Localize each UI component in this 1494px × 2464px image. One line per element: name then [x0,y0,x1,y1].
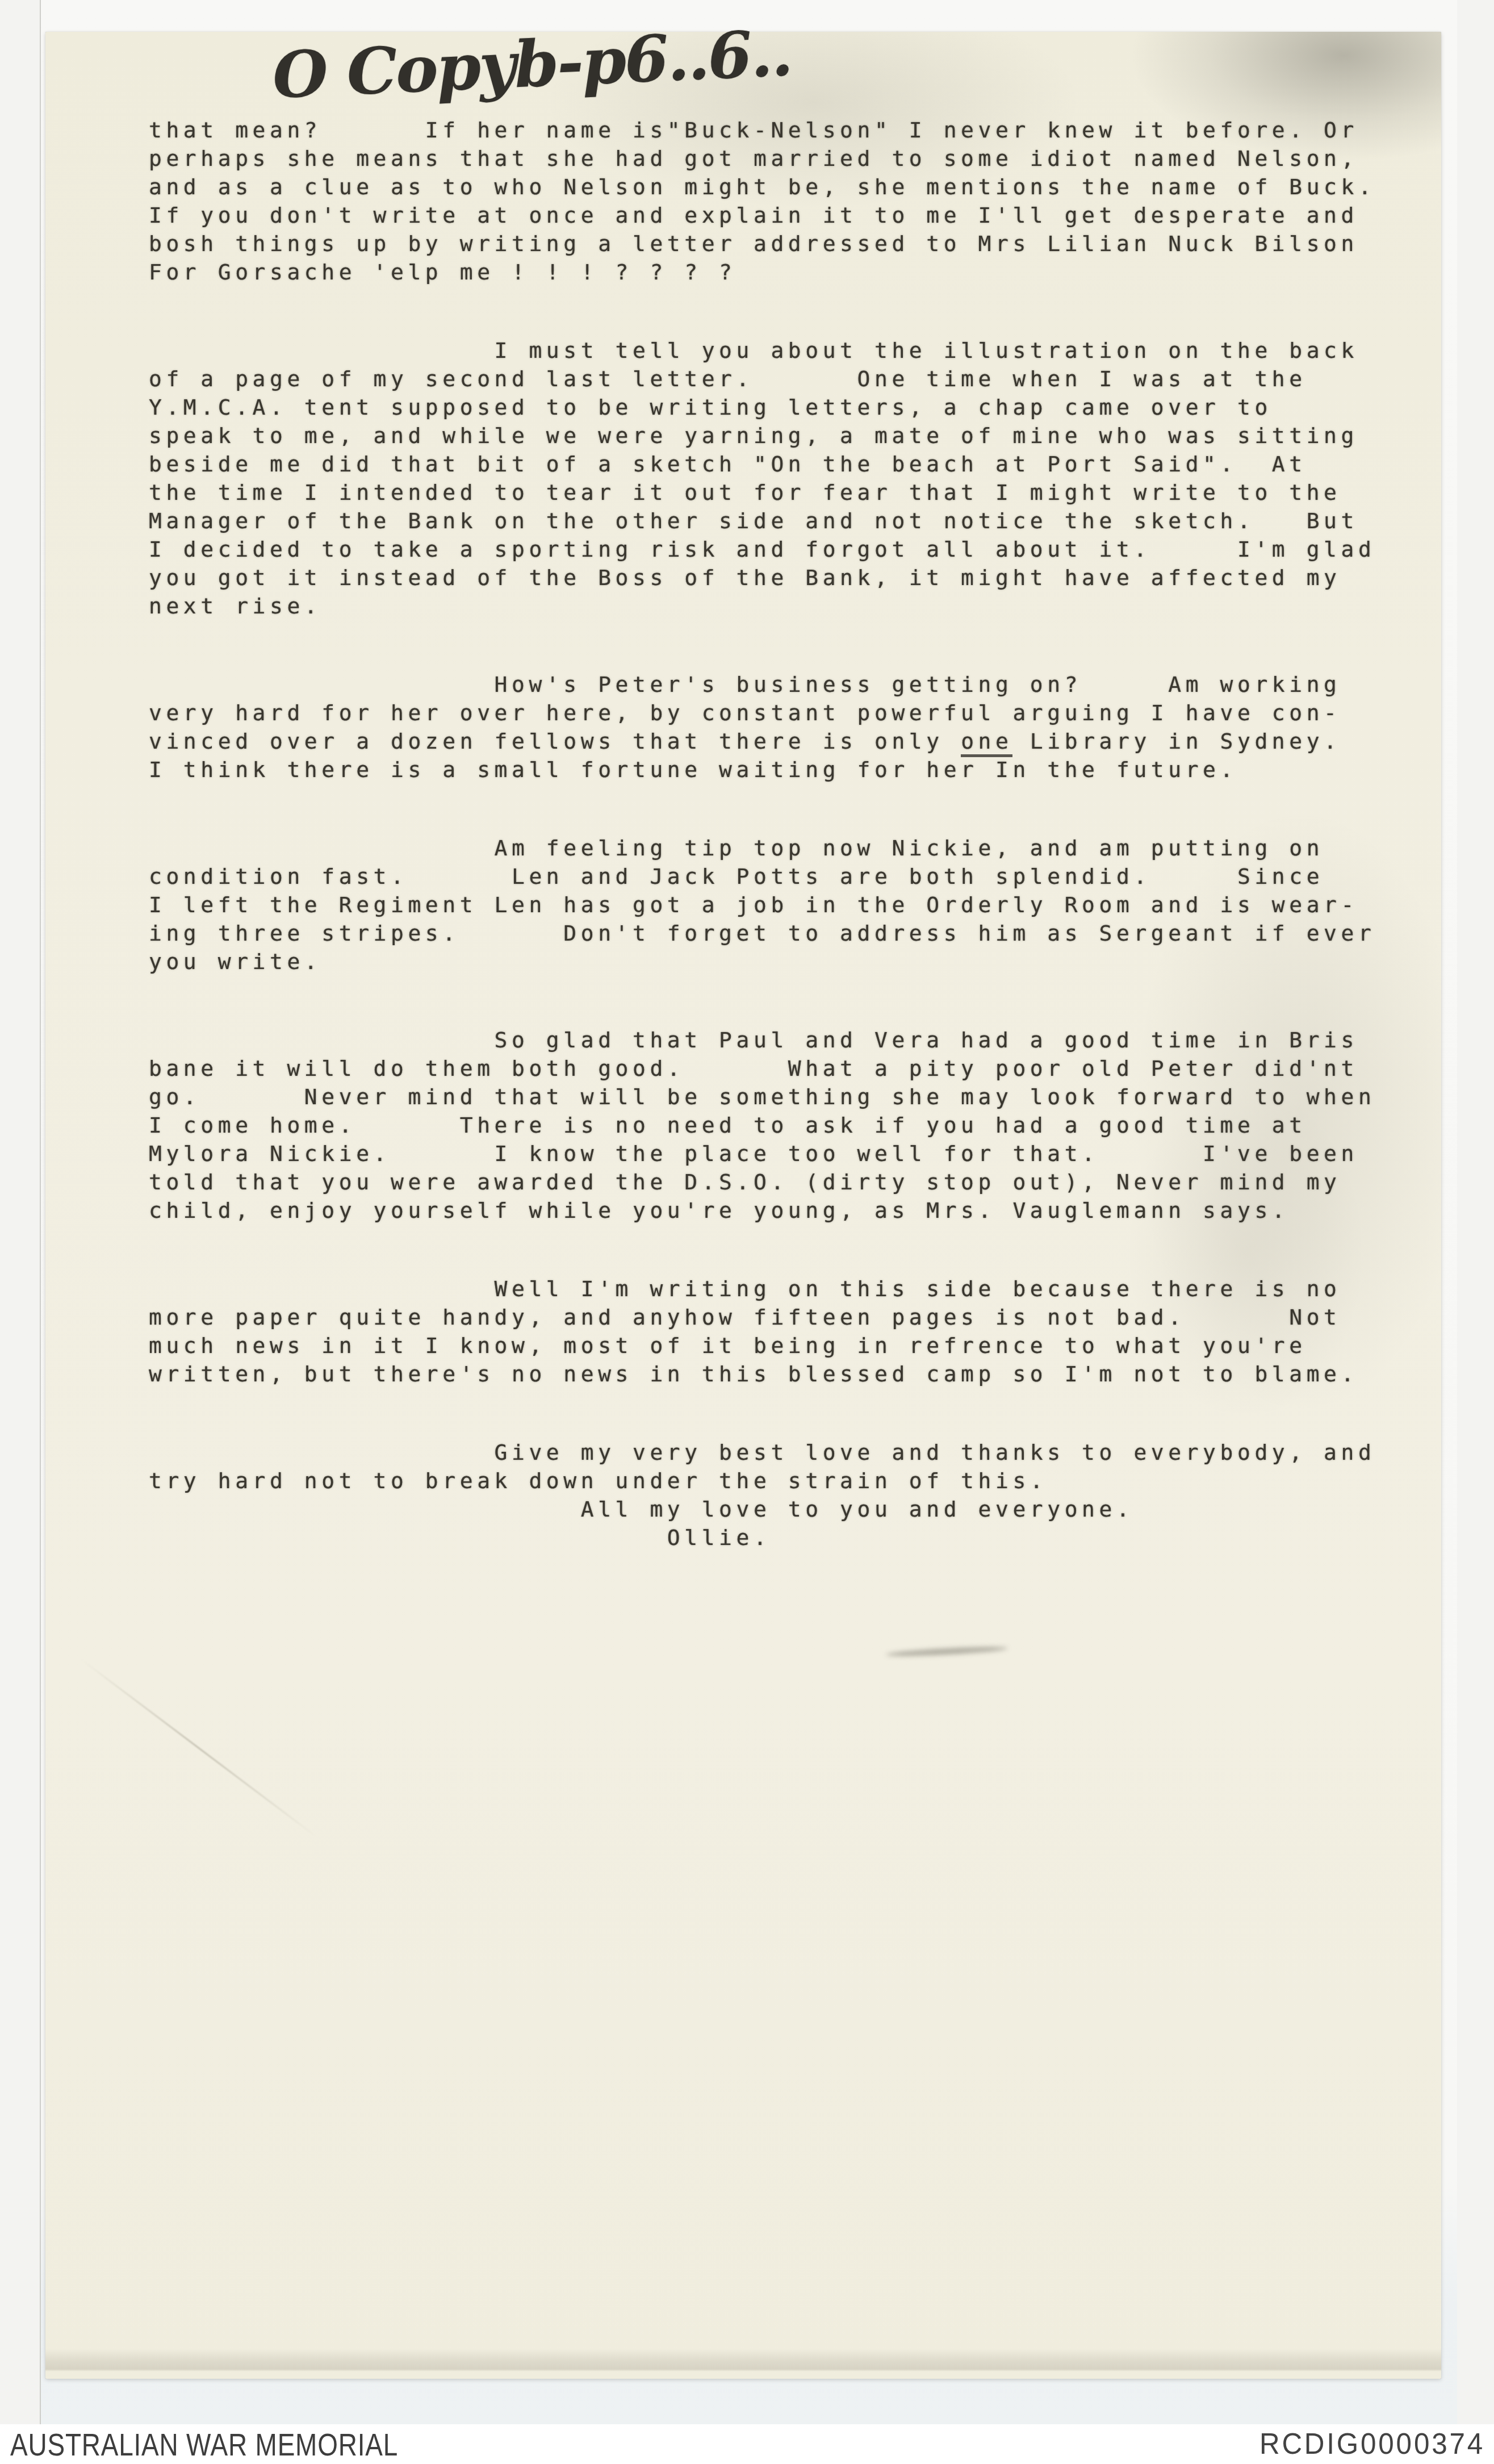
letter-line: much news in it I know, most of it being… [149,1331,1432,1360]
letter-line: Give my very best love and thanks to eve… [149,1438,1432,1467]
letter-line: bosh things up by writing a letter addre… [149,229,1432,258]
letter-line: Am feeling tip top now Nickie, and am pu… [149,834,1432,862]
archive-name-label: AUSTRALIAN WAR MEMORIAL [10,2426,398,2463]
letter-paragraph: that mean? If her name is"Buck-Nelson" I… [149,116,1432,286]
letter-line: I must tell you about the illustration o… [149,336,1432,365]
letter-line: vinced over a dozen fellows that there i… [149,727,1432,755]
letter-paragraph: Am feeling tip top now Nickie, and am pu… [149,834,1432,976]
letter-line: perhaps she means that she had got marri… [149,144,1432,173]
letter-paragraph: How's Peter's business getting on? Am wo… [149,670,1432,784]
letter-line: you write. [149,947,1432,976]
letter-line: For Gorsache 'elp me ! ! ! ? ? ? ? [149,258,1432,286]
letter-line: I think there is a small fortune waiting… [149,755,1432,784]
letter-line: of a page of my second last letter. One … [149,365,1432,393]
letter-line: next rise. [149,592,1432,620]
letter-line: All my love to you and everyone. [149,1495,1432,1523]
letter-line: bane it will do them both good. What a p… [149,1054,1432,1083]
letter-line: If you don't write at once and explain i… [149,201,1432,229]
letter-line: ing three stripes. Don't forget to addre… [149,919,1432,947]
letter-line: speak to me, and while we were yarning, … [149,421,1432,450]
letter-line: Manager of the Bank on the other side an… [149,507,1432,535]
letter-paragraph: So glad that Paul and Vera had a good ti… [149,1026,1432,1225]
letter-line: and as a clue as to who Nelson might be,… [149,173,1432,201]
letter-line: condition fast. Len and Jack Potts are b… [149,862,1432,891]
reference-number-label: RCDIG0000374 [1259,2427,1485,2461]
letter-line: written, but there's no news in this ble… [149,1360,1432,1388]
letter-line: try hard not to break down under the str… [149,1467,1432,1495]
letter-line: more paper quite handy, and anyhow fifte… [149,1303,1432,1331]
letter-line: the time I intended to tear it out for f… [149,478,1432,507]
letter-line: Well I'm writing on this side because th… [149,1275,1432,1303]
bottom-fold-shadow [45,2349,1441,2371]
letter-line: you got it instead of the Boss of the Ba… [149,563,1432,592]
paper-crease [80,1659,317,1837]
letter-line: So glad that Paul and Vera had a good ti… [149,1026,1432,1054]
letter-line: beside me did that bit of a sketch "On t… [149,450,1432,478]
letter-body: that mean? If her name is"Buck-Nelson" I… [149,116,1432,1602]
letter-line: Ollie. [149,1523,1432,1552]
letter-line: Mylora Nickie. I know the place too well… [149,1139,1432,1168]
letter-line: I left the Regiment Len has got a job in… [149,891,1432,919]
letter-paragraph: Give my very best love and thanks to eve… [149,1438,1432,1552]
letter-line: I decided to take a sporting risk and fo… [149,535,1432,563]
letter-line: How's Peter's business getting on? Am wo… [149,670,1432,699]
footer-bar: AUSTRALIAN WAR MEMORIAL RCDIG0000374 [0,2424,1494,2464]
letter-paragraph: Well I'm writing on this side because th… [149,1275,1432,1388]
letter-line: Y.M.C.A. tent supposed to be writing let… [149,393,1432,421]
letter-line: I come home. There is no need to ask if … [149,1111,1432,1139]
letter-line: go. Never mind that will be something sh… [149,1083,1432,1111]
archive-scan-page: O Copyb-p6..6.. that mean? If her name i… [0,0,1494,2464]
letter-paragraph: I must tell you about the illustration o… [149,336,1432,620]
underlined-word: one [961,729,1012,757]
letter-line: that mean? If her name is"Buck-Nelson" I… [149,116,1432,144]
letter-line: told that you were awarded the D.S.O. (d… [149,1168,1432,1196]
letter-line: very hard for her over here, by constant… [149,699,1432,727]
letter-line: child, enjoy yourself while you're young… [149,1196,1432,1225]
